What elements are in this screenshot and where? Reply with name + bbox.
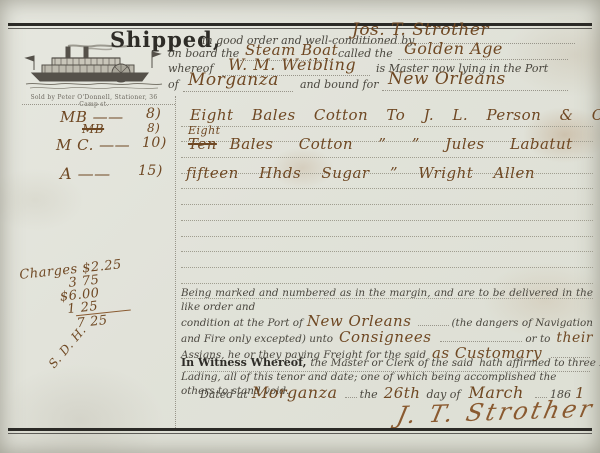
cargo-row-3: fifteen Hhds Sugar ” Wright Allen bbox=[186, 164, 535, 182]
dated-the-label: the bbox=[360, 388, 378, 401]
mark-text: M C. bbox=[56, 136, 94, 154]
dated-place: Morganza bbox=[252, 383, 338, 402]
bound-for-label: and bound for bbox=[300, 78, 379, 91]
margin-column-divider bbox=[175, 96, 176, 428]
dated-label: Dated at bbox=[200, 388, 248, 401]
ruled-line bbox=[181, 252, 593, 268]
bottom-rule-thick bbox=[8, 428, 592, 431]
signature: J. T. Strother bbox=[398, 398, 594, 426]
margin-mark-4: A —— bbox=[60, 164, 111, 183]
witness-text: the Master or Clerk of the said bbox=[310, 356, 473, 370]
ruled-line bbox=[181, 237, 593, 253]
signature-name: J. T. Strother bbox=[394, 395, 597, 430]
cargo-row-2-text: Bales Cotton ” ” Jules Labatut bbox=[230, 135, 573, 153]
witness-line-1: In Witness Whereof, the Master or Clerk … bbox=[181, 356, 593, 370]
ruled-line bbox=[181, 205, 593, 221]
margin-mark-3: M C. —— bbox=[56, 136, 130, 154]
margin-qty-1: 8) bbox=[146, 106, 161, 122]
delivery-port: New Orleans bbox=[307, 314, 412, 328]
dotted-line bbox=[183, 75, 293, 92]
mark-text: A bbox=[60, 164, 72, 183]
dotted-line bbox=[398, 43, 568, 60]
conditions-text: (the dangers of Navigation bbox=[452, 316, 594, 330]
witness-text: hath affirmed to three Bills of bbox=[479, 356, 600, 370]
top-rule-thick bbox=[8, 23, 592, 26]
dotted-line bbox=[418, 316, 448, 326]
dotted-line bbox=[22, 88, 175, 105]
their-handwritten: their bbox=[556, 331, 593, 345]
charges-block: Charges $2.25 3 75 $6.00 1 25 7 25 bbox=[19, 255, 155, 335]
conditions-text: and Fire only excepted) unto bbox=[181, 332, 333, 346]
margin-qty-2: 8) bbox=[147, 121, 160, 135]
cargo-row-2: Ten Bales Cotton ” ” Jules Labatut bbox=[188, 135, 573, 153]
consignee-name: Consignees bbox=[339, 330, 431, 344]
struck-quantity: Ten bbox=[188, 135, 217, 153]
margin-qty-3: 10) bbox=[142, 135, 167, 151]
ruled-line bbox=[181, 189, 593, 205]
dotted-line bbox=[345, 388, 357, 398]
dotted-line bbox=[440, 332, 522, 342]
conditions-line-1: Being marked and numbered as in the marg… bbox=[181, 286, 593, 314]
margin-mark-2-struck: MB bbox=[82, 122, 104, 136]
ruled-line bbox=[181, 221, 593, 237]
cargo-row-1: Eight Bales Cotton To J. L. Person & Co … bbox=[190, 106, 600, 124]
in-witness-whereof-label: In Witness Whereof, bbox=[181, 356, 306, 370]
conditions-text: condition at the Port of bbox=[181, 316, 303, 330]
margin-qty-4: 15) bbox=[138, 163, 163, 179]
dotted-line bbox=[382, 74, 568, 91]
bottom-rule-thin bbox=[8, 433, 592, 434]
bill-of-lading-document: Sold by Peter O'Donnell, Stationer, 36 C… bbox=[0, 0, 600, 453]
ruled-line bbox=[181, 268, 593, 284]
